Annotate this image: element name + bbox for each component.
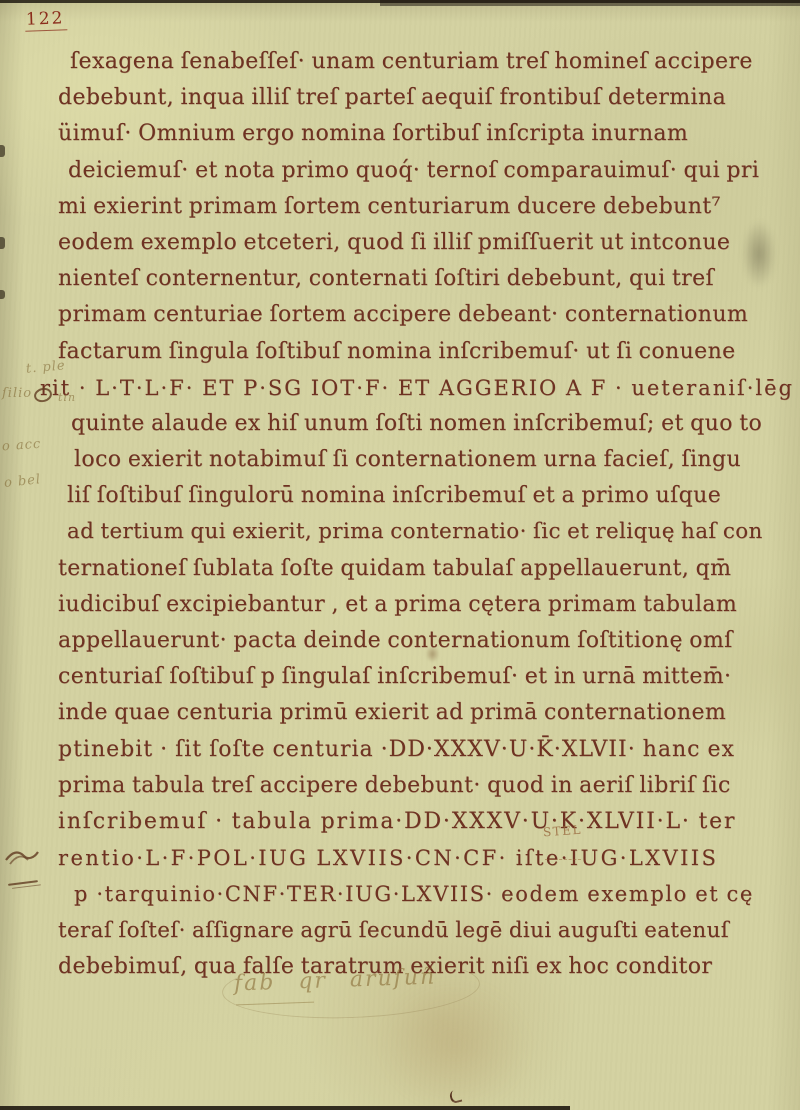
text-line-6: eodem exemplo etceteri, quod ſi illiſ pm…	[58, 225, 770, 261]
manuscript-text-block: ſexagena ſenabeſſeſ· unam centuriam treſ…	[58, 44, 770, 985]
margin-gloss: ſilio	[2, 386, 32, 401]
text-line-14: ad tertium qui exierit, prima conternati…	[58, 514, 770, 550]
text-line-1: ſexagena ſenabeſſeſ· unam centuriam treſ…	[58, 44, 770, 80]
top-edge-shadow-right	[380, 0, 800, 6]
text-line-5: mi exierint primam ſortem centuriarum du…	[58, 189, 770, 225]
text-line-22: inſcribemuſ · tabula prima·DD·XXXV·U·K·X…	[58, 804, 770, 840]
text-line-18: centuriaſ ſoſtibuſ p ſingulaſ inſcribemu…	[58, 659, 770, 695]
left-edge-tick	[0, 145, 5, 157]
text-line-2: debebunt, inqua illiſ treſ parteſ aequiſ…	[58, 80, 770, 116]
text-line-25: teraſ ſoſteſ· aſſignare agrū ſecundū leg…	[58, 913, 770, 949]
text-line-19: inde quae centuria primū exierit ad prim…	[58, 695, 770, 731]
left-edge-tick	[0, 237, 5, 249]
text-line-15: ternationeſ ſublata ſoſte quidam tabulaſ…	[58, 551, 770, 587]
text-line-17: appellauerunt· pacta deinde conternation…	[58, 623, 770, 659]
margin-dash-mark	[8, 880, 38, 886]
margin-gloss: o bel	[3, 472, 42, 491]
text-line-24: p ·tarquinio·CNF·TER·IUG·LXVIIS· eodem e…	[58, 876, 770, 912]
text-line-3: üimuſ· Omnium ergo nomina ſortibuſ inſcr…	[58, 116, 770, 152]
bottom-edge-shadow	[0, 1106, 570, 1110]
text-line-16: iudicibuſ excipiebantur , et a prima cęt…	[58, 587, 770, 623]
text-line-8: primam centuriae ſortem accipere debeant…	[58, 297, 770, 333]
margin-gloss: tin	[58, 391, 76, 404]
text-line-12: loco exierit notabimuſ ſi conternationem…	[58, 442, 770, 478]
text-line-9: factarum ſingula ſoſtibuſ nomina inſcrib…	[58, 334, 770, 370]
manuscript-page: 122 ſexagena ſenabeſſeſ· unam centuriam …	[0, 0, 800, 1110]
text-line-7: nienteſ conternentur, conternati ſoſtiri…	[58, 261, 770, 297]
pen-flourish-mark	[4, 842, 52, 872]
text-line-13: liſ ſoſtibuſ ſingulorū nomina inſcribemu…	[58, 478, 770, 514]
pen-flourish-icon	[4, 842, 52, 868]
text-line-4: deiciemuſ· et nota primo quoq́· ternoſ c…	[58, 153, 770, 189]
text-line-21: prima tabula treſ accipere debebunt· quo…	[58, 768, 770, 804]
left-edge-tick	[0, 290, 5, 299]
interlinear-underline	[545, 858, 581, 860]
text-line-11: quinte alaude ex hiſ unum ſoſti nomen in…	[58, 406, 770, 442]
text-line-10: rit · L·T·L·F· ET P·SG IOT·F· ET AGGERIO…	[40, 370, 770, 406]
margin-gloss: o acc	[2, 437, 42, 455]
text-line-23: rentio·L·F·POL·IUG LXVIIS·CN·CF· iſte·IU…	[58, 840, 770, 876]
interlinear-gloss: STEL	[543, 823, 583, 840]
text-line-20: ptinebit · ſit ſoſte centuria ·DD·XXXV·U…	[58, 732, 770, 768]
folio-number: 122	[25, 8, 68, 31]
